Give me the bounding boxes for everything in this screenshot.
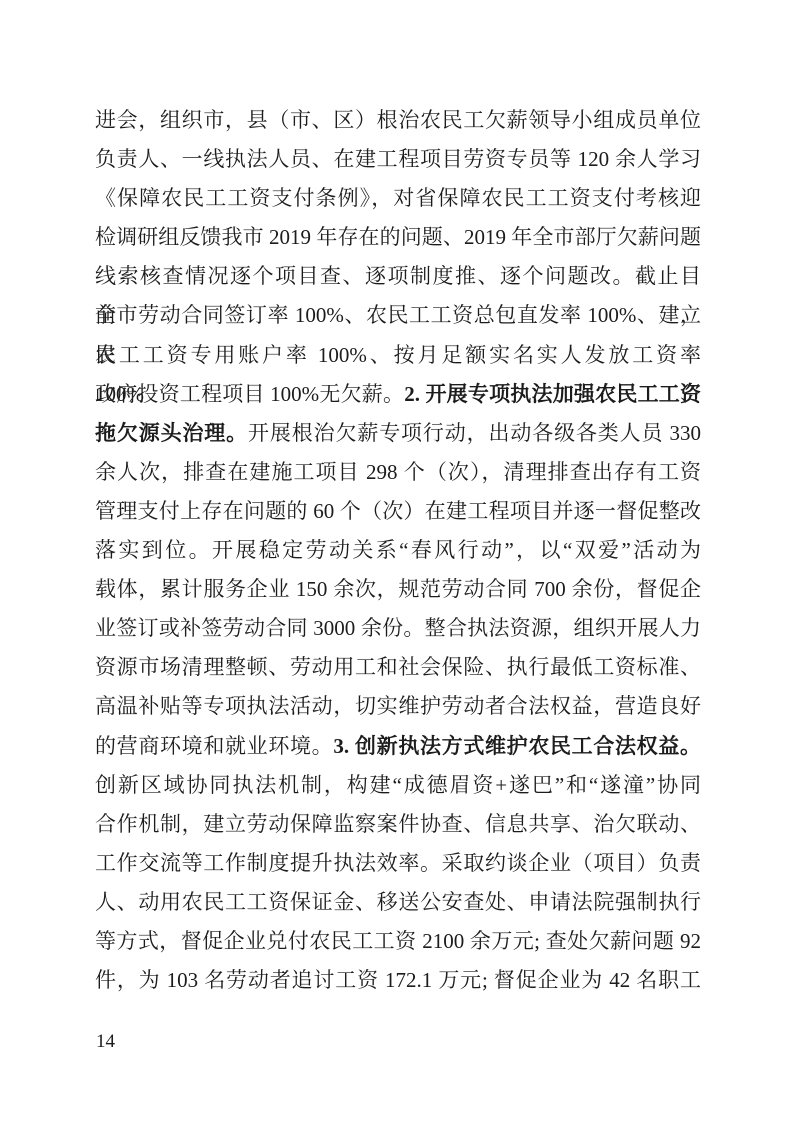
- text-segment: 进会，组织市，县（市、区）根治农民工欠薪领导小组成员单位: [95, 108, 701, 132]
- text-line: 线索核查情况逐个项目查、逐项制度推、逐个问题改。截止目前，: [95, 257, 701, 296]
- text-line: 高温补贴等专项执法活动，切实维护劳动者合法权益，营造良好: [95, 687, 701, 726]
- text-line: 等方式，督促企业兑付农民工工资 2100 余万元; 查处欠薪问题 92: [95, 922, 701, 961]
- text-line: 全市劳动合同签订率 100%、农民工工资总包直发率 100%、建立农: [95, 296, 701, 335]
- text-segment: 件，为 103 名劳动者追讨工资 172.1 万元; 督促企业为 42 名职工: [95, 968, 701, 992]
- text-segment: 业签订或补签劳动合同 3000 余份。整合执法资源，组织开展人力: [95, 616, 701, 640]
- text-line: 余人次，排查在建施工项目 298 个（次），清理排查出存有工资: [95, 453, 701, 492]
- text-segment: 的营商环境和就业环境。: [95, 734, 333, 758]
- text-segment: 工作交流等工作制度提升执法效率。采取约谈企业（项目）负责: [95, 851, 701, 875]
- text-line: 拖欠源头治理。开展根治欠薪专项行动，出动各级各类人员 330: [95, 414, 701, 453]
- text-segment: 高温补贴等专项执法活动，切实维护劳动者合法权益，营造良好: [95, 694, 701, 718]
- text-segment: 落实到位。开展稳定劳动关系“春风行动”，以“双爱”活动为: [95, 538, 701, 562]
- text-line: 载体，累计服务企业 150 余次，规范劳动合同 700 余份，督促企: [95, 570, 701, 609]
- text-line: 合作机制，建立劳动保障监察案件协查、信息共享、治欠联动、: [95, 805, 701, 844]
- text-segment: 载体，累计服务企业 150 余次，规范劳动合同 700 余份，督促企: [95, 577, 701, 601]
- text-line: 民工工资专用账户率 100%、按月足额实名实人发放工资率 100%、: [95, 336, 701, 375]
- text-segment: 负责人、一线执法人员、在建工程项目劳资专员等 120 余人学习: [95, 147, 701, 171]
- text-line: 管理支付上存在问题的 60 个（次）在建工程项目并逐一督促整改: [95, 492, 701, 531]
- document-page: 进会，组织市，县（市、区）根治农民工欠薪领导小组成员单位负责人、一线执法人员、在…: [0, 0, 793, 1122]
- text-segment: 创新区域协同执法机制，构建“成德眉资+遂巴”和“遂潼”协同: [95, 773, 701, 797]
- text-segment: 检调研组反馈我市 2019 年存在的问题、2019 年全市部厅欠薪问题: [95, 225, 701, 249]
- text-line: 创新区域协同执法机制，构建“成德眉资+遂巴”和“遂潼”协同: [95, 766, 701, 805]
- text-line: 进会，组织市，县（市、区）根治农民工欠薪领导小组成员单位: [95, 101, 701, 140]
- text-segment: 余人次，排查在建施工项目 298 个（次），清理排查出存有工资: [95, 460, 701, 484]
- text-segment: 开展根治欠薪专项行动，出动各级各类人员 330: [248, 421, 701, 445]
- page-number: 14: [96, 1029, 115, 1055]
- text-line: 检调研组反馈我市 2019 年存在的问题、2019 年全市部厅欠薪问题: [95, 218, 701, 257]
- text-line: 负责人、一线执法人员、在建工程项目劳资专员等 120 余人学习: [95, 140, 701, 179]
- text-line: 工作交流等工作制度提升执法效率。采取约谈企业（项目）负责: [95, 844, 701, 883]
- text-segment: 资源市场清理整顿、劳动用工和社会保险、执行最低工资标准、: [95, 655, 701, 679]
- text-line: 的营商环境和就业环境。3. 创新执法方式维护农民工合法权益。: [95, 727, 701, 766]
- text-segment: 人、动用农民工工资保证金、移送公安查处、申请法院强制执行: [95, 890, 701, 914]
- text-line: 业签订或补签劳动合同 3000 余份。整合执法资源，组织开展人力: [95, 609, 701, 648]
- text-segment-bold: 3. 创新执法方式维护农民工合法权益。: [333, 734, 701, 758]
- text-line: 落实到位。开展稳定劳动关系“春风行动”，以“双爱”活动为: [95, 531, 701, 570]
- text-segment: 政府投资工程项目 100%无欠薪。: [95, 382, 404, 406]
- text-segment: 合作机制，建立劳动保障监察案件协查、信息共享、治欠联动、: [95, 812, 701, 836]
- text-line: 政府投资工程项目 100%无欠薪。2. 开展专项执法加强农民工工资: [95, 375, 701, 414]
- text-segment-bold: 2. 开展专项执法加强农民工工资: [404, 382, 701, 406]
- text-segment: 《保障农民工工资支付条例》，对省保障农民工工资支付考核迎: [95, 186, 701, 210]
- text-line: 件，为 103 名劳动者追讨工资 172.1 万元; 督促企业为 42 名职工: [95, 961, 701, 1000]
- text-line: 资源市场清理整顿、劳动用工和社会保险、执行最低工资标准、: [95, 648, 701, 687]
- text-segment: 等方式，督促企业兑付农民工工资 2100 余万元; 查处欠薪问题 92: [95, 929, 701, 953]
- text-line: 人、动用农民工工资保证金、移送公安查处、申请法院强制执行: [95, 883, 701, 922]
- text-line: 《保障农民工工资支付条例》，对省保障农民工工资支付考核迎: [95, 179, 701, 218]
- text-segment: 管理支付上存在问题的 60 个（次）在建工程项目并逐一督促整改: [95, 499, 701, 523]
- text-segment-bold: 拖欠源头治理。: [95, 421, 248, 445]
- document-body-text: 进会，组织市，县（市、区）根治农民工欠薪领导小组成员单位负责人、一线执法人员、在…: [95, 101, 701, 1000]
